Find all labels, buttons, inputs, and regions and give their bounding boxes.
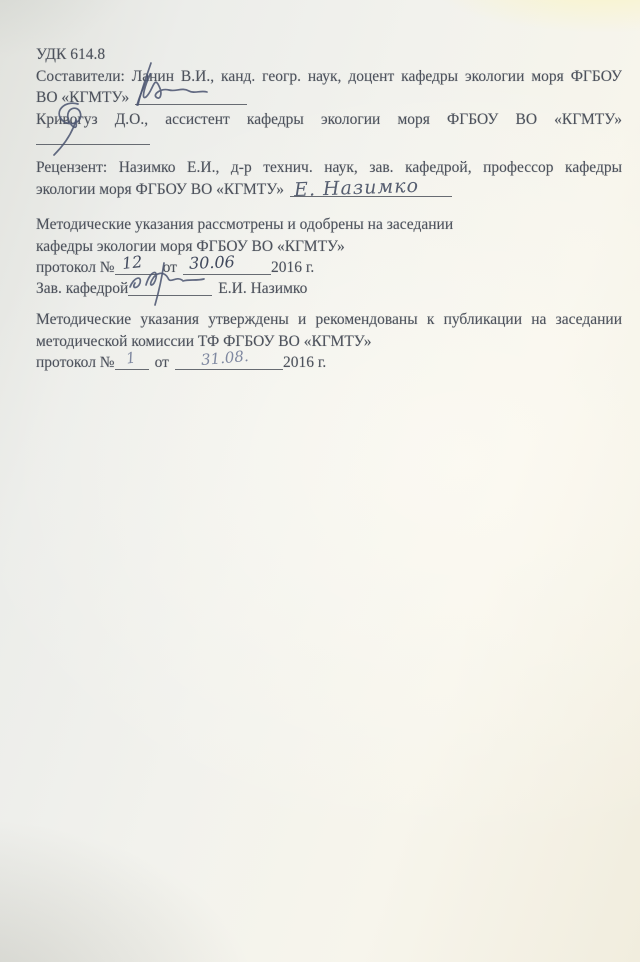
signature-blank-compiler-1 xyxy=(135,88,247,105)
commission-ot-label: от xyxy=(155,354,169,371)
commission-protocol-date-blank: 31.08. xyxy=(175,353,283,370)
dept-head-signature-icon xyxy=(126,259,222,307)
dept-year-label: 2016 г. xyxy=(271,259,314,276)
commission-protocol-number-handwritten: 1 xyxy=(124,347,136,368)
signature-blank-compiler-2 xyxy=(36,128,150,145)
commission-protocol-date-handwritten: 31.08. xyxy=(200,346,249,370)
compiler-2-signature-icon xyxy=(42,98,112,156)
signature-blank-reviewer: Е. Назимко xyxy=(290,180,452,197)
udk-line: УДК 614.8 xyxy=(36,45,622,65)
reviewer-signature: Е. Назимко xyxy=(294,176,420,200)
compilers-line-2: ВО «КГМТУ» xyxy=(36,88,622,108)
dept-protocol-label: протокол № xyxy=(36,259,115,276)
compilers-signature-row xyxy=(36,128,622,148)
dept-head-name: Е.И. Назимко xyxy=(218,280,307,297)
compiler-1-signature-icon xyxy=(131,61,251,113)
compilers-line-1: Составители: Ланин В.И., канд. геогр. на… xyxy=(36,67,622,87)
dept-head-label: Зав. кафедрой xyxy=(36,280,128,297)
dept-protocol-line: протокол № 12 от 30.06 2016 г. xyxy=(36,258,622,278)
reviewer-line-1: Рецензент: Назимко Е.И., д-р технич. нау… xyxy=(36,158,622,178)
commission-protocol-line: протокол № 1 от 31.08. 2016 г. xyxy=(36,353,622,373)
dept-head-line: Зав. кафедрой Е.И. Назимко xyxy=(36,279,622,299)
commission-protocol-label: протокол № xyxy=(36,354,115,371)
reviewer-line-2-text: экологии моря ФГБОУ ВО «КГМТУ» xyxy=(36,181,284,198)
reviewer-line-2: экологии моря ФГБОУ ВО «КГМТУ» Е. Назимк… xyxy=(36,180,622,200)
commission-year-label: 2016 г. xyxy=(283,354,326,371)
compilers-line-3: Кривогуз Д.О., ассистент кафедры экологи… xyxy=(36,110,622,130)
dept-approval-line-1: Методические указания рассмотрены и одоб… xyxy=(36,215,622,235)
dept-head-signature-blank xyxy=(128,279,212,296)
document-page: УДК 614.8 Составители: Ланин В.И., канд.… xyxy=(0,0,640,962)
commission-approval-line-1: Методические указания утверждены и реком… xyxy=(36,310,622,330)
commission-protocol-number-blank: 1 xyxy=(115,353,149,370)
